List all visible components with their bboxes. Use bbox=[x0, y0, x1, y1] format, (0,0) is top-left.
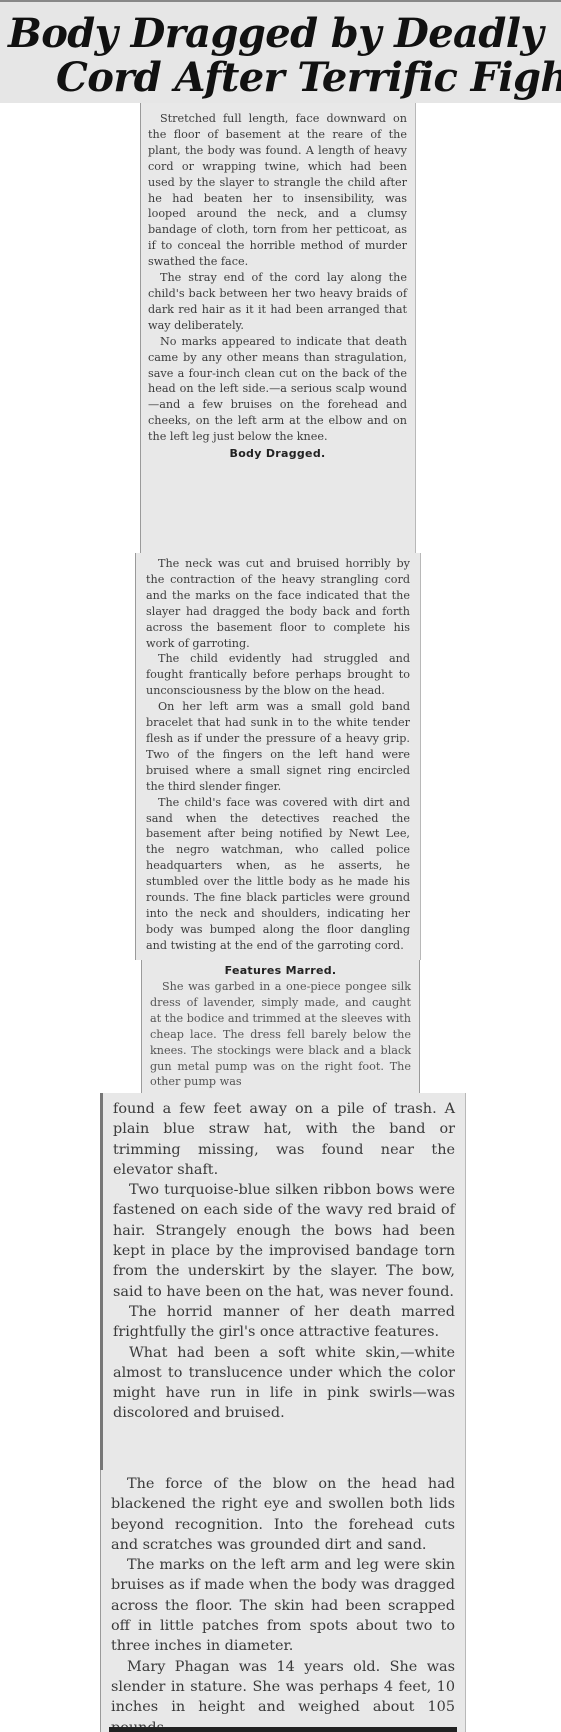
article-column-clip-1: Stretched full length, face downward on … bbox=[140, 103, 416, 553]
paragraph: The child evidently had struggled and fo… bbox=[146, 651, 410, 699]
subhead-body-dragged: Body Dragged. bbox=[148, 447, 407, 460]
article-column-clip-5: The force of the blow on the head had bl… bbox=[100, 1470, 466, 1732]
paragraph: The stray end of the cord lay along the … bbox=[148, 270, 407, 334]
paragraph: Two turquoise-blue silken ribbon bows we… bbox=[113, 1180, 455, 1302]
headline-clip: Body Dragged by Deadly Cord After Terrif… bbox=[0, 0, 561, 103]
article-column-clip-3: Features Marred. She was garbed in a one… bbox=[141, 960, 420, 1093]
article-column-clip-2: The neck was cut and bruised horribly by… bbox=[135, 553, 421, 960]
paragraph: What had been a soft white skin,—white a… bbox=[113, 1343, 455, 1424]
paragraph: The neck was cut and bruised horribly by… bbox=[146, 556, 410, 651]
paragraph: The child's face was covered with dirt a… bbox=[146, 795, 410, 954]
paragraph: On her left arm was a small gold band br… bbox=[146, 699, 410, 794]
column-end-rule bbox=[109, 1727, 457, 1732]
headline-line-1: Body Dragged by Deadly bbox=[8, 12, 561, 56]
paragraph: No marks appeared to indicate that death… bbox=[148, 334, 407, 445]
paragraph: The marks on the left arm and leg were s… bbox=[111, 1555, 455, 1656]
paragraph-continuation: found a few feet away on a pile of trash… bbox=[113, 1099, 455, 1180]
headline-line-2: Cord After Terrific Fight bbox=[8, 56, 561, 100]
paragraph: Mary Phagan was 14 years old. She was sl… bbox=[111, 1657, 455, 1732]
paragraph: The horrid manner of her death marred fr… bbox=[113, 1302, 455, 1343]
paragraph: She was garbed in a one-piece pongee sil… bbox=[150, 979, 411, 1090]
paragraph: Stretched full length, face downward on … bbox=[148, 111, 407, 270]
subhead-features-marred: Features Marred. bbox=[150, 964, 411, 977]
paragraph: The force of the blow on the head had bl… bbox=[111, 1474, 455, 1555]
article-column-clip-4: found a few feet away on a pile of trash… bbox=[100, 1093, 466, 1470]
